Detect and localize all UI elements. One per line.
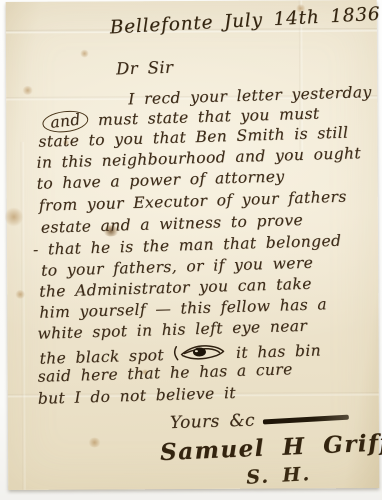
letter-body-line: estate and a witness to prove bbox=[41, 211, 304, 237]
fold-crease-left-vertical bbox=[20, 142, 26, 490]
eye-line-after: it has bin bbox=[236, 341, 322, 362]
signature-initials: S. H. bbox=[246, 463, 312, 489]
stain bbox=[88, 437, 101, 447]
letter-opening-line: I recd your letter yesterday bbox=[128, 83, 372, 108]
stain bbox=[5, 207, 23, 227]
letter-body-line: to have a power of attorney bbox=[36, 167, 284, 192]
letter-closing: Yours &c bbox=[170, 408, 350, 433]
letter-paper: Bellefonte July 14th 1836 Dr Sir I recd … bbox=[6, 0, 380, 490]
stain bbox=[22, 86, 33, 95]
closing-text: Yours &c bbox=[170, 411, 256, 434]
closing-flourish-stroke bbox=[263, 414, 349, 424]
letter-salutation: Dr Sir bbox=[116, 58, 174, 79]
letter-scan-photo: Bellefonte July 14th 1836 Dr Sir I recd … bbox=[0, 0, 382, 500]
stain bbox=[80, 50, 89, 58]
letter-signature: Samuel H Griffiths bbox=[159, 427, 382, 466]
letter-dateline: Bellefonte July 14th 1836 bbox=[109, 4, 381, 39]
stain bbox=[15, 290, 25, 299]
letter-tail-line: but I do not believe it bbox=[38, 384, 237, 408]
